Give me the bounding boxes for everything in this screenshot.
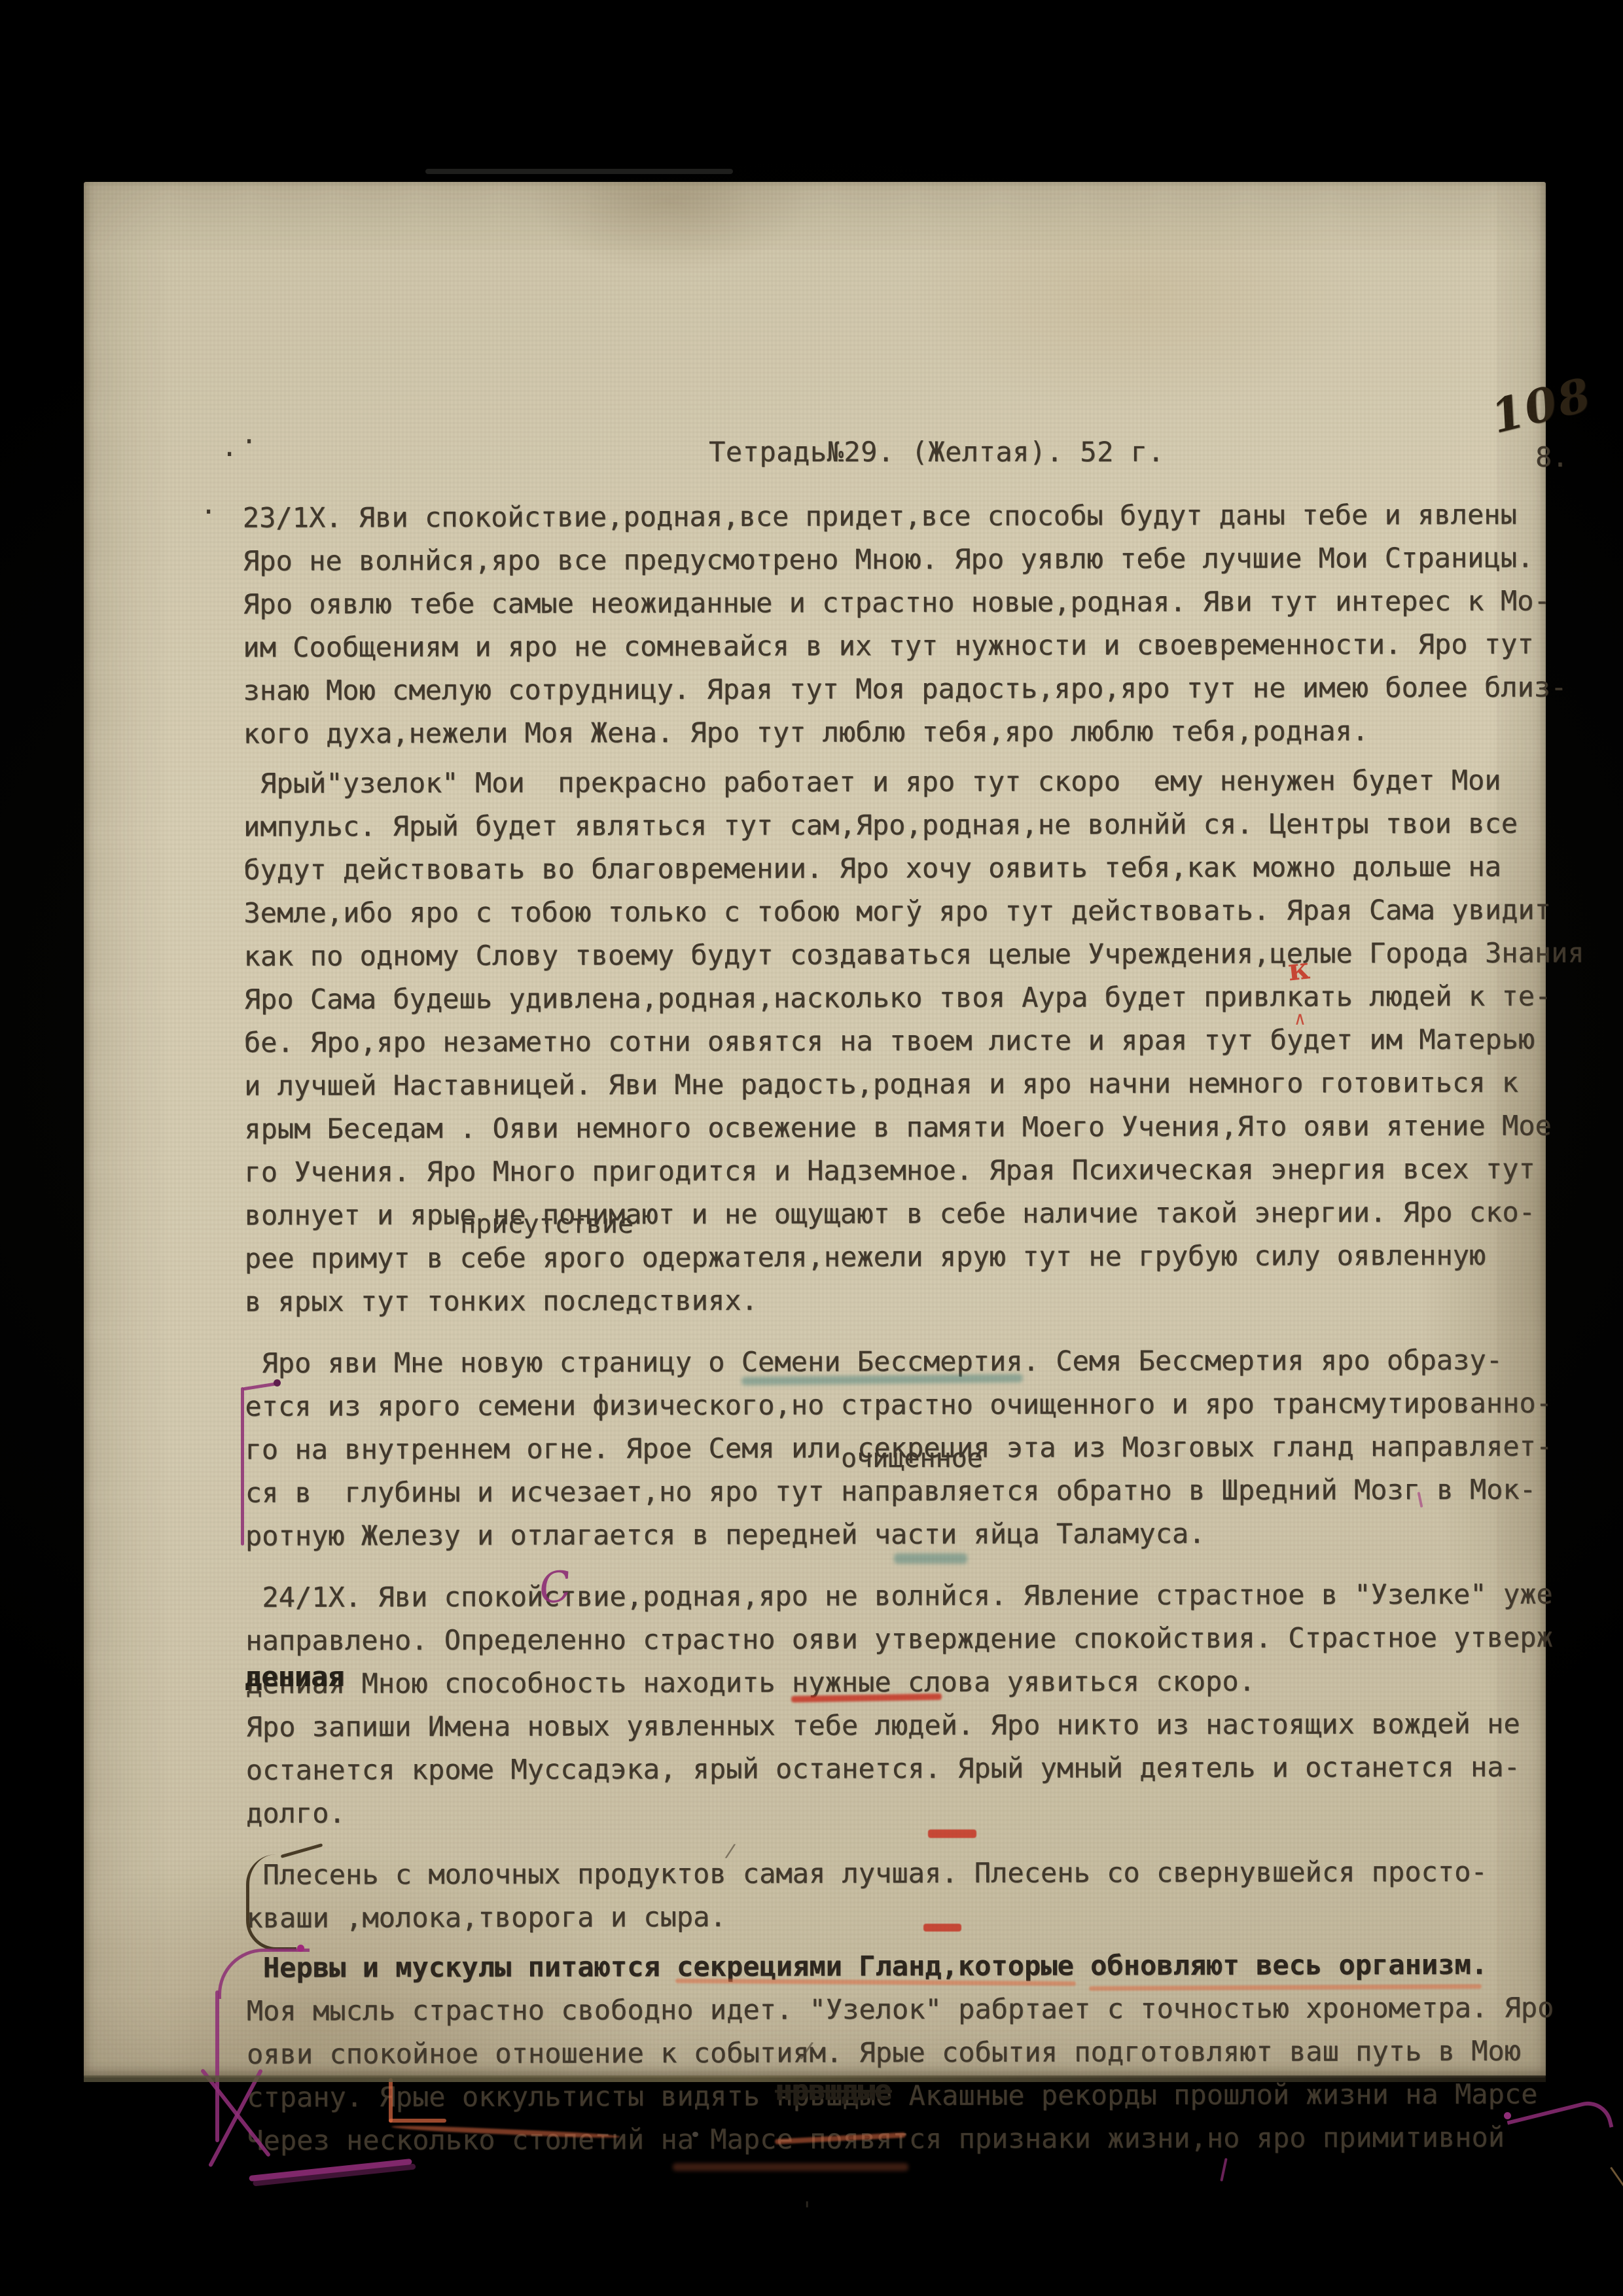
text-line: Яро оявлю тебе самые неожиданные и страс…	[243, 579, 1583, 626]
text-line: бе. Яро,яро незаметно сотни оявятся на т…	[244, 1017, 1584, 1064]
paper-bottom-edge	[84, 2075, 1546, 2082]
text-line: Плесень с молочных продуктов самая лучша…	[246, 1850, 1586, 1896]
document-page: 108 Тетрадь№29. (Желтая). 52 г. 8. . · .…	[84, 182, 1546, 2077]
purple-ink-blob	[274, 1379, 281, 1386]
purple-curve-mark	[218, 1949, 310, 1999]
dark-ink-paragraph-bracket	[246, 1854, 296, 1951]
purple-margin-line	[215, 1990, 219, 2142]
purple-margin-line	[241, 1387, 244, 1545]
text-line: в ярых тут тонких последствиях.	[245, 1277, 1585, 1323]
red-inserted-letter: к	[1286, 950, 1311, 987]
typed-text-block: 23/1Х. Яви спокойствие,родная,все придет…	[243, 493, 1588, 2162]
red-dash-mark	[923, 1924, 961, 1932]
text-line: Через несколько столетий на Марсе появят…	[247, 2115, 1587, 2162]
text-line: им Сообщениям и яро не сомневайся в их т…	[243, 622, 1583, 669]
notebook-title: Тетрадь№29. (Желтая). 52 г.	[709, 436, 1164, 468]
text-line: направлено. Определенно страстно ояви ут…	[245, 1616, 1586, 1662]
text-line: кого духа,нежели Моя Жена. Яро тут люблю…	[243, 709, 1584, 755]
text-line: рее примут в себе ярого одержателя,нежел…	[245, 1233, 1585, 1280]
orange-bracket-foot	[389, 2119, 446, 2123]
margin-dot: .	[221, 431, 238, 463]
margin-dot: .	[200, 488, 217, 520]
orange-smudge	[673, 2163, 908, 2171]
text-line: кваши ,молока,творога и сыра.	[246, 1893, 1586, 1939]
orange-bracket-vertical	[389, 2078, 393, 2123]
text-line: ротную Железу и отлагается в передней ча…	[245, 1511, 1586, 1557]
purple-tick-mark	[1220, 2158, 1227, 2181]
text-line: 24/1Х. Яви спокойствие,родная,яро не вол…	[245, 1572, 1586, 1619]
text-line: останется кроме Муссадэка, ярый останетс…	[246, 1745, 1586, 1792]
text-line: го Учения. Яро Много пригодится и Надзем…	[244, 1147, 1584, 1193]
margin-dot: ·	[241, 425, 257, 457]
typed-insert-ochishchennoe: очищенное	[841, 1443, 983, 1474]
text-line: как по одному Слову твоему будут создава…	[243, 931, 1584, 978]
text-line: Яро запиши Имена новых уявленных тебе лю…	[246, 1702, 1586, 1748]
text-line: Ярый"узелок" Мои прекрасно работает и яр…	[243, 758, 1584, 805]
text-line: Моя мысль страстно свободно идет. "Узело…	[247, 1986, 1587, 2032]
text-line: знаю Мою смелую сотрудницу. Ярая тут Моя…	[243, 665, 1583, 712]
typed-insert-prisutstvie: присутствие	[460, 1209, 633, 1239]
text-line: ется из ярого семени физического,но стра…	[245, 1381, 1585, 1428]
dust-speck	[692, 2132, 698, 2137]
text-line: Земле,ибо яро с тобою только с тобою мог…	[243, 888, 1584, 934]
text-line: Яро Сама будешь удивлена,родная,наскольк…	[244, 974, 1584, 1021]
text-line: 23/1Х. Яви спокойствие,родная,все придет…	[243, 493, 1583, 539]
teal-smudge	[894, 1553, 967, 1564]
scan-background: 108 Тетрадь№29. (Желтая). 52 г. 8. . · .…	[0, 0, 1623, 2296]
typed-page-number: 8.	[1535, 441, 1569, 473]
text-line: Яро не волнйся,яро все предусмотрено Мно…	[243, 536, 1583, 582]
stray-apostrophe-mark: '	[800, 2197, 813, 2223]
text-line: волнует и ярые не понимают и не ощущают …	[244, 1190, 1584, 1237]
purple-corrected-letter: С	[536, 1562, 575, 1614]
scanner-streak	[425, 169, 733, 174]
purple-ink-blob	[297, 1945, 304, 1952]
overtyped-bold-word: дениая	[245, 1661, 344, 1693]
text-line: импульс. Ярый будет являться тут сам,Яро…	[243, 802, 1584, 848]
text-line: будут действовать во благовремении. Яро …	[243, 845, 1584, 891]
text-line: ся в глубины и исчезает,но яро тут напра…	[245, 1468, 1586, 1514]
purple-ink-blob	[1504, 2112, 1511, 2119]
red-caret-icon: ∧	[1294, 1008, 1306, 1029]
text-line: долго.	[246, 1788, 1586, 1835]
text-line: ярым Беседам . Ояви немного освежение в …	[244, 1104, 1584, 1150]
paper-corner-crease	[1610, 2167, 1623, 2227]
text-line: и лучшей Наставницей. Яви Мне радость,ро…	[244, 1061, 1584, 1107]
handwritten-page-number: 108	[1486, 366, 1597, 444]
red-dash-mark	[928, 1829, 976, 1838]
text-line: ояви спокойное отношение к событиям. Яры…	[247, 2029, 1587, 2075]
